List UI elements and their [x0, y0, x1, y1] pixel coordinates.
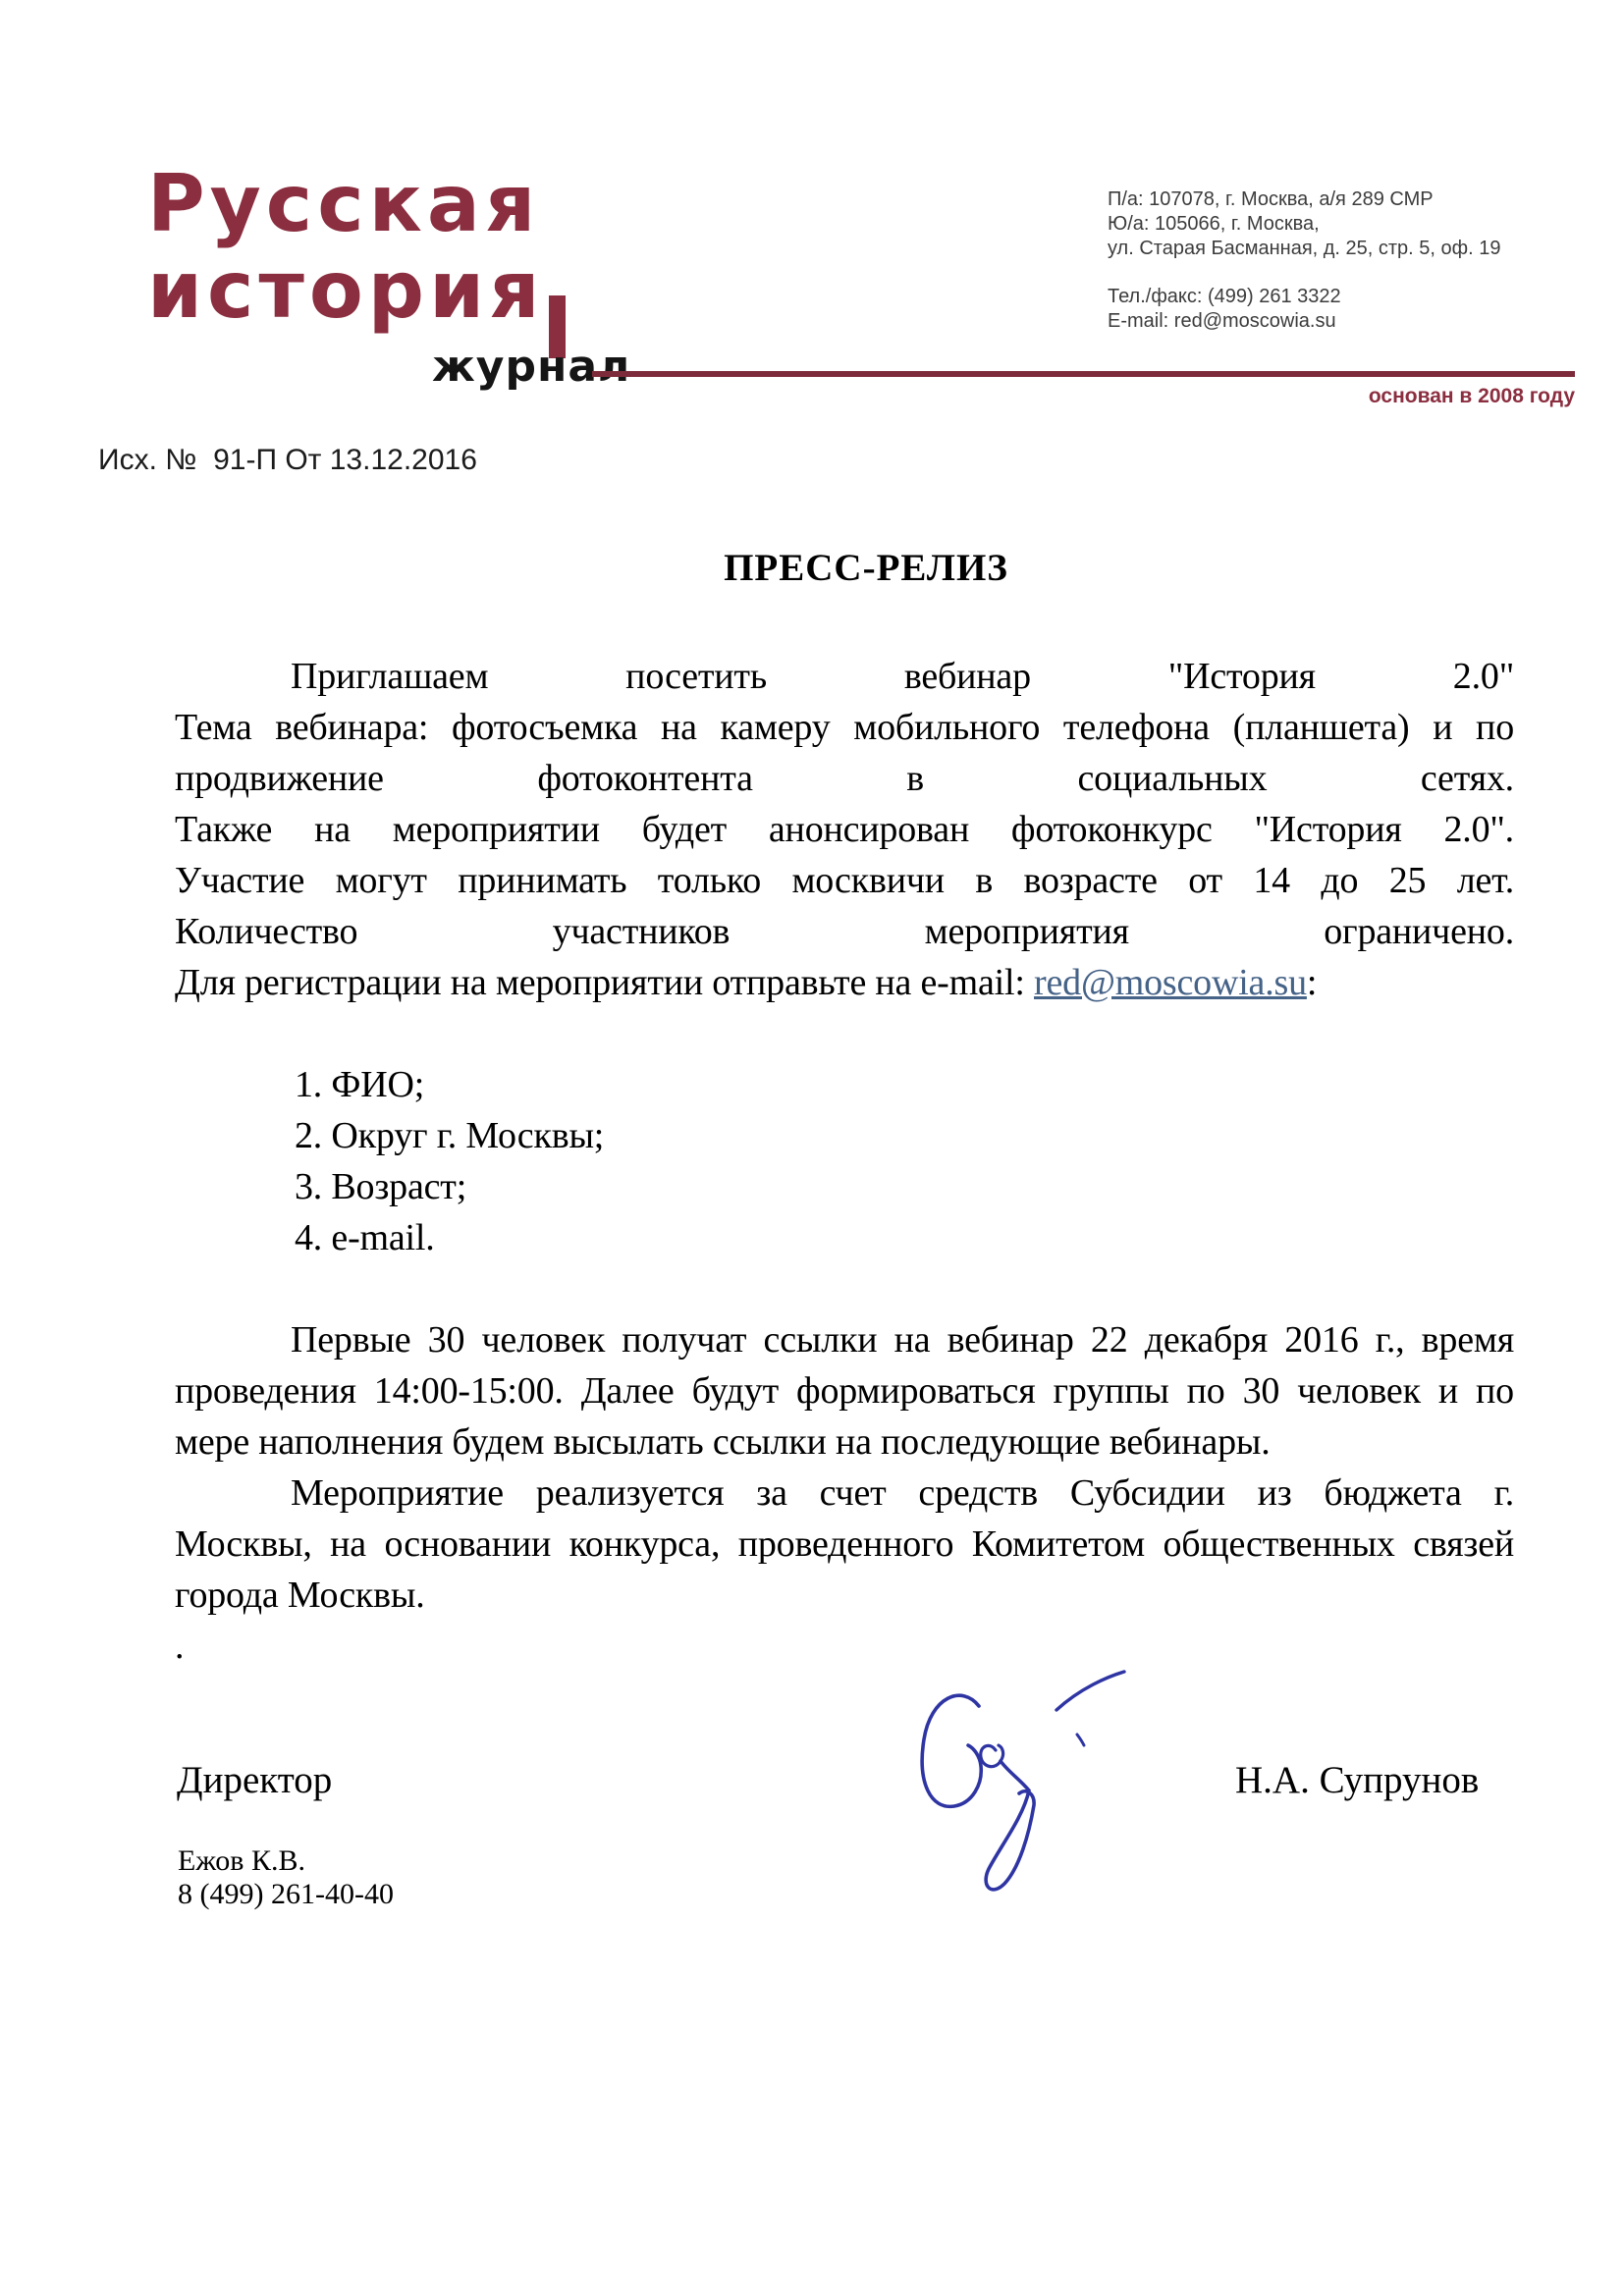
paragraph-line: Приглашаем посетить вебинар "История 2.0… [175, 651, 1514, 702]
document-body: Приглашаем посетить вебинар "История 2.0… [175, 651, 1514, 1672]
email-line: E-mail: red@moscowia.su [1108, 309, 1500, 334]
logo-subtitle: журнал [432, 342, 630, 392]
contact-gap [1108, 261, 1500, 285]
document-title: ПРЕСС-РЕЛИЗ [175, 546, 1557, 590]
blank-line [175, 1263, 1514, 1314]
paragraph-line: Участие могут принимать только москвичи … [175, 855, 1514, 906]
postal-address: П/а: 107078, г. Москва, а/я 289 СМР [1108, 187, 1500, 212]
paragraph-line: Также на мероприятии будет анонсирован ф… [175, 804, 1514, 855]
paragraph-line: мере наполнения будем высылать ссылки на… [175, 1416, 1514, 1468]
legal-address-line2: ул. Старая Басманная, д. 25, стр. 5, оф.… [1108, 237, 1500, 261]
executor-block: Ежов К.В. 8 (499) 261-40-40 [178, 1844, 394, 1911]
blank-line [175, 1008, 1514, 1059]
legal-address-line1: Ю/а: 105066, г. Москва, [1108, 212, 1500, 237]
phone-fax: Тел./факс: (499) 261 3322 [1108, 285, 1500, 309]
founded-note: основан в 2008 году [1084, 385, 1575, 408]
handwritten-signature [874, 1622, 1188, 1926]
paragraph-line: проведения 14:00-15:00. Далее будут форм… [175, 1365, 1514, 1416]
paragraph-line: продвижение фотоконтента в социальных се… [175, 753, 1514, 804]
registration-line: Для регистрации на мероприятии отправьте… [175, 957, 1514, 1008]
press-release-page: Русская история журнал П/а: 107078, г. М… [0, 0, 1624, 2296]
list-item: 3. Возраст; [175, 1161, 1514, 1212]
logo-line-1: Русская [147, 161, 545, 247]
journal-logo: Русская история [147, 161, 545, 334]
signer-role: Директор [177, 1758, 332, 1802]
paragraph-line: Тема вебинара: фотосъемка на камеру моби… [175, 702, 1514, 753]
signer-name: Н.А. Супрунов [1235, 1758, 1479, 1802]
list-item: 2. Округ г. Москвы; [175, 1110, 1514, 1161]
paragraph-line: города Москвы. [175, 1570, 1514, 1621]
paragraph-line: Москвы, на основании конкурса, проведенн… [175, 1519, 1514, 1570]
executor-name: Ежов К.В. [178, 1844, 394, 1878]
paragraph-line: Количество участников мероприятия ограни… [175, 906, 1514, 957]
contact-block: П/а: 107078, г. Москва, а/я 289 СМР Ю/а:… [1108, 187, 1500, 334]
email-link[interactable]: red@moscowia.su [1034, 962, 1307, 1003]
paragraph-line: Первые 30 человек получат ссылки на веби… [175, 1314, 1514, 1365]
stray-period-line: . [175, 1621, 1514, 1672]
registration-text: Для регистрации на мероприятии отправьте… [175, 962, 1034, 1003]
registration-colon: : [1307, 962, 1317, 1003]
list-item: 4. e-mail. [175, 1212, 1514, 1263]
outgoing-ref-line: Исх. № 91-П От 13.12.2016 [98, 444, 477, 477]
paragraph-line: Мероприятие реализуется за счет средств … [175, 1468, 1514, 1519]
executor-phone: 8 (499) 261-40-40 [178, 1878, 394, 1911]
logo-line-2: история [147, 247, 545, 334]
letterhead-rule [592, 371, 1575, 377]
list-item: 1. ФИО; [175, 1059, 1514, 1110]
